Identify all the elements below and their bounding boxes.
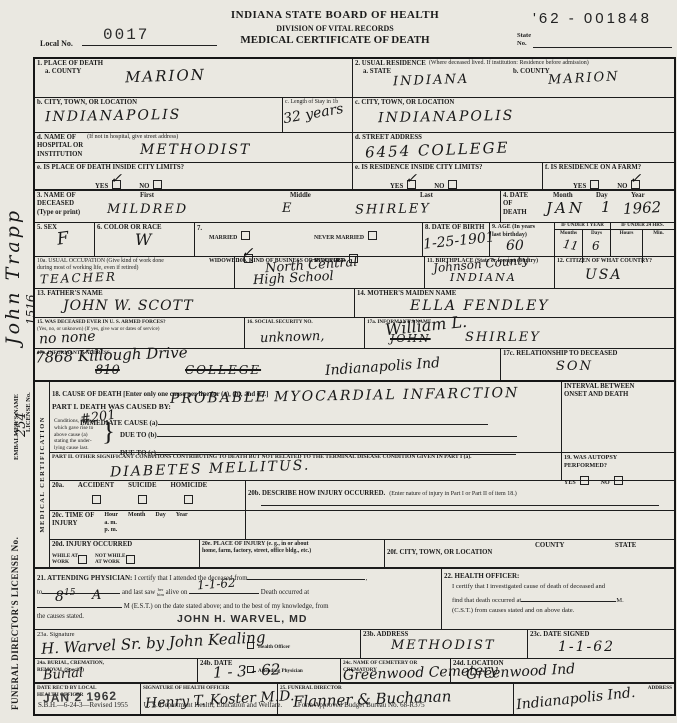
- under-1-year-label: IF UNDER 1 YEAR: [555, 223, 610, 230]
- business-value-line2: High School: [253, 269, 334, 288]
- informant-address-struck-word: COLLEGE: [185, 363, 261, 377]
- physician-comma: ,: [365, 575, 367, 582]
- residence-city-value: INDIANAPOLIS: [378, 108, 515, 126]
- minutes-label: Min.: [643, 230, 674, 237]
- last-name-value: SHIRLEY: [355, 201, 431, 217]
- alive-on-date-value: 1-1-62: [197, 575, 237, 592]
- medical-certification-label: MEDICAL CERTIFICATION: [39, 416, 46, 533]
- while-at-work-checkbox: [78, 555, 87, 564]
- citizen-label: 12. CITIZEN OF WHAT COUNTRY?: [557, 258, 672, 265]
- injury-20a-number: 20a.: [52, 482, 64, 508]
- armed-forces-value: no none: [39, 329, 96, 348]
- middle-name-column-label: Middle: [290, 192, 311, 200]
- health-officer-text-1: I certify that I investigated cause of d…: [452, 583, 672, 590]
- footer-form-number: S.B.H.—6-24-3—Revised 1955: [38, 701, 128, 709]
- days-value: 6: [592, 239, 600, 253]
- causes-stated-label: the causes stated.: [37, 613, 84, 620]
- hours-label: Hours: [611, 230, 642, 237]
- physician-certify-text-3: M (E.S.T.) on the date stated above; and…: [124, 603, 329, 610]
- division-title: DIVISION OF VITAL RECORDS: [200, 24, 470, 34]
- while-at-work-label: WHILE AT WORK: [52, 553, 78, 566]
- relationship-label: 17c. RELATIONSHIP TO DECEASED: [503, 350, 672, 358]
- injury-state-label: STATE: [615, 542, 636, 550]
- deceased-name-label: 3. NAME OF DECEASED (Type or print): [37, 192, 80, 217]
- injury-hour-label: Hour a. m. p. m.: [104, 512, 118, 535]
- how-injury-line: [261, 505, 659, 506]
- due-to-b-line: [157, 429, 517, 437]
- her-him-stack: herhim: [157, 588, 164, 597]
- not-while-at-work-label: NOT WHILE AT WORK: [95, 553, 126, 566]
- residence-county-label: b. COUNTY: [513, 68, 550, 76]
- health-officer-text-3: (C.S.T.) from causes stated and on above…: [452, 607, 672, 614]
- state-no-value: '62 - 001848: [533, 10, 652, 27]
- attending-physician-label: 21. ATTENDING PHYSICIAN:: [37, 574, 132, 582]
- death-occurred-at-label: Death occurred at: [261, 589, 309, 596]
- funeral-license-label: FUNERAL DIRECTOR'S LICENSE No.: [10, 438, 20, 710]
- months-value: 11: [562, 237, 579, 253]
- residence-state-value: INDIANA: [393, 72, 470, 90]
- injury-county-label: COUNTY: [535, 542, 564, 550]
- occupation-label: 10a. USUAL OCCUPATION (Give kind of work…: [37, 258, 232, 272]
- death-certificate-scan: Local No. 0017 INDIANA STATE BOARD OF HE…: [0, 0, 677, 723]
- death-year-value: 1962: [623, 198, 662, 218]
- physician-certify-text-2: and last saw: [122, 589, 155, 596]
- health-officer-text-2: find that death occurred at: [452, 597, 521, 604]
- first-name-column-label: First: [140, 192, 154, 200]
- relationship-value: SON: [556, 359, 593, 374]
- residence-section-label: 2. USUAL RESIDENCE: [355, 60, 426, 68]
- mother-name-value: ELLA FENDLEY: [410, 298, 550, 314]
- hospital-value: METHODIST: [140, 142, 251, 158]
- him-label: him: [157, 593, 164, 598]
- how-injury-label: 20b. DESCRIBE HOW INJURY OCCURRED.: [248, 490, 385, 497]
- ssn-label: 16. SOCIAL SECURITY NO.: [247, 319, 362, 326]
- accident-checkbox: [92, 495, 101, 504]
- ssn-value: unknown,: [260, 329, 325, 346]
- homicide-label: HOMICIDE: [171, 482, 208, 490]
- health-officer-m-label: M.: [616, 597, 624, 604]
- first-name-value: MILDRED: [107, 202, 188, 217]
- homicide-checkbox: [184, 495, 193, 504]
- married-label: MARRIED: [209, 235, 237, 241]
- due-to-b-label: DUE TO (b): [120, 431, 157, 439]
- alive-on-label: alive on: [166, 589, 188, 596]
- state-no-label-2: No.: [517, 40, 527, 48]
- certificate-title: MEDICAL CERTIFICATE OF DEATH: [200, 34, 470, 48]
- place-city-limits-label: e. IS PLACE OF DEATH INSIDE CITY LIMITS?: [37, 164, 350, 172]
- residence-county-value: MARION: [548, 69, 620, 88]
- date-signed-value: 1-1-62: [558, 639, 615, 655]
- place-city-value: INDIANAPOLIS: [45, 107, 182, 125]
- local-no-underline: [82, 45, 217, 46]
- date-of-birth-value: 1-25-1901: [422, 229, 495, 252]
- local-no-label: Local No.: [40, 39, 73, 49]
- how-injury-hint: (Enter nature of injury in Part I or Par…: [389, 491, 516, 497]
- death-time-line: [37, 600, 122, 608]
- informant-address-struck-number: 810: [95, 363, 120, 378]
- state-no-underline: [533, 47, 672, 48]
- death-time-min-value: 15: [64, 588, 75, 598]
- citizen-value: USA: [585, 267, 623, 283]
- last-name-column-label: Last: [420, 192, 433, 200]
- physician-name-stamp: JOHN H. WARVEL, MD: [177, 613, 307, 625]
- interval-label: INTERVAL BETWEEN ONSET AND DEATH: [564, 383, 672, 400]
- funeral-license-number: 254: [14, 392, 29, 437]
- never-married-checkbox: [368, 231, 377, 240]
- never-married-label: NEVER MARRIED: [314, 235, 364, 241]
- place-of-injury-label: 20e. PLACE OF INJURY (e. g., in or about…: [202, 541, 382, 555]
- residence-city-label: c. CITY, TOWN, OR LOCATION: [355, 99, 672, 107]
- date-of-death-label: 4. DATE OF DEATH: [503, 192, 528, 217]
- death-day-value: 1: [601, 198, 611, 216]
- suicide-checkbox: [138, 495, 147, 504]
- state-no-label-1: State: [517, 32, 531, 40]
- age-label: 9. AGE (In years last birthday): [492, 224, 552, 239]
- street-address-value: 6454 COLLEGE: [365, 138, 510, 161]
- health-officer-time-line: [521, 594, 616, 602]
- place-county-value: MARION: [125, 66, 206, 87]
- occupation-value: TEACHER: [40, 270, 117, 287]
- time-of-injury-label: 20c. TIME OF INJURY: [52, 512, 94, 535]
- suicide-label: SUICIDE: [128, 482, 156, 490]
- injury-day-label: Day: [155, 512, 165, 535]
- local-no-value: 0017: [103, 26, 149, 44]
- days-label: Days: [583, 230, 610, 237]
- marital-item-number: 7.: [197, 225, 202, 233]
- injury-occurred-label: 20d. INJURY OCCURRED: [52, 541, 197, 549]
- form-box: 1. PLACE OF DEATH a. COUNTY MARION 2. US…: [33, 57, 676, 716]
- middle-name-value: E: [282, 201, 294, 216]
- conditions-note: Conditions, if any, which gave rise to a…: [54, 418, 94, 452]
- conditions-brace: }: [102, 416, 115, 447]
- death-time-hour-value: 8: [55, 589, 64, 605]
- sex-value: F: [56, 228, 70, 249]
- attended-to-line: [42, 586, 120, 594]
- injury-month-label: Month: [128, 512, 145, 535]
- address-23b-value: METHODIST: [391, 638, 496, 653]
- father-name-value: JOHN W. SCOTT: [63, 298, 194, 314]
- residence-limits-yes-checkmark: ✓: [405, 171, 417, 187]
- age-value: 60: [506, 238, 524, 254]
- accident-label: ACCIDENT: [78, 482, 114, 490]
- farm-no-checkmark: ✓: [629, 171, 641, 187]
- not-while-at-work-checkbox: [126, 555, 135, 564]
- informant-address-city: Indianapolis Ind: [325, 355, 441, 379]
- under-24-hrs-label: IF UNDER 24 HRS.: [611, 223, 674, 230]
- board-title: INDIANA STATE BOARD OF HEALTH: [200, 9, 470, 23]
- residence-section-hint: (Where deceased lived. If institution: R…: [429, 60, 589, 68]
- months-label: Months: [555, 230, 582, 237]
- birthplace-value-line2: INDIANA: [450, 271, 517, 284]
- residence-city-limits-label: e. IS RESIDENCE INSIDE CITY LIMITS?: [355, 164, 540, 172]
- burial-type-value: Burial: [43, 666, 84, 684]
- autopsy-label: 19. WAS AUTOPSY PERFORMED?: [564, 454, 672, 470]
- attended-from-line: [247, 572, 365, 580]
- burial-date-value: 1 - 3 - 62: [213, 660, 281, 682]
- residence-farm-label: f. IS RESIDENCE ON A FARM?: [545, 164, 672, 172]
- injury-year-label: Year: [176, 512, 188, 535]
- place-limits-yes-checkmark: ✓: [110, 171, 122, 187]
- informant-surname: SHIRLEY: [465, 330, 541, 345]
- death-month-value: JAN: [546, 199, 585, 217]
- married-checkbox: [241, 231, 250, 240]
- embalmer-signature: John Trapp: [2, 110, 24, 345]
- hospital-hint: (If not in hospital, give street address…: [87, 134, 178, 140]
- race-value: W: [135, 230, 151, 249]
- health-officer-label: 22. HEALTH OFFICER:: [444, 572, 672, 581]
- injury-city-label: 20f. CITY, TOWN, OR LOCATION: [387, 549, 492, 556]
- hospital-label: d. NAME OF HOSPITAL OR INSTITUTION: [37, 134, 83, 159]
- death-time-ampm-value: A: [92, 588, 101, 603]
